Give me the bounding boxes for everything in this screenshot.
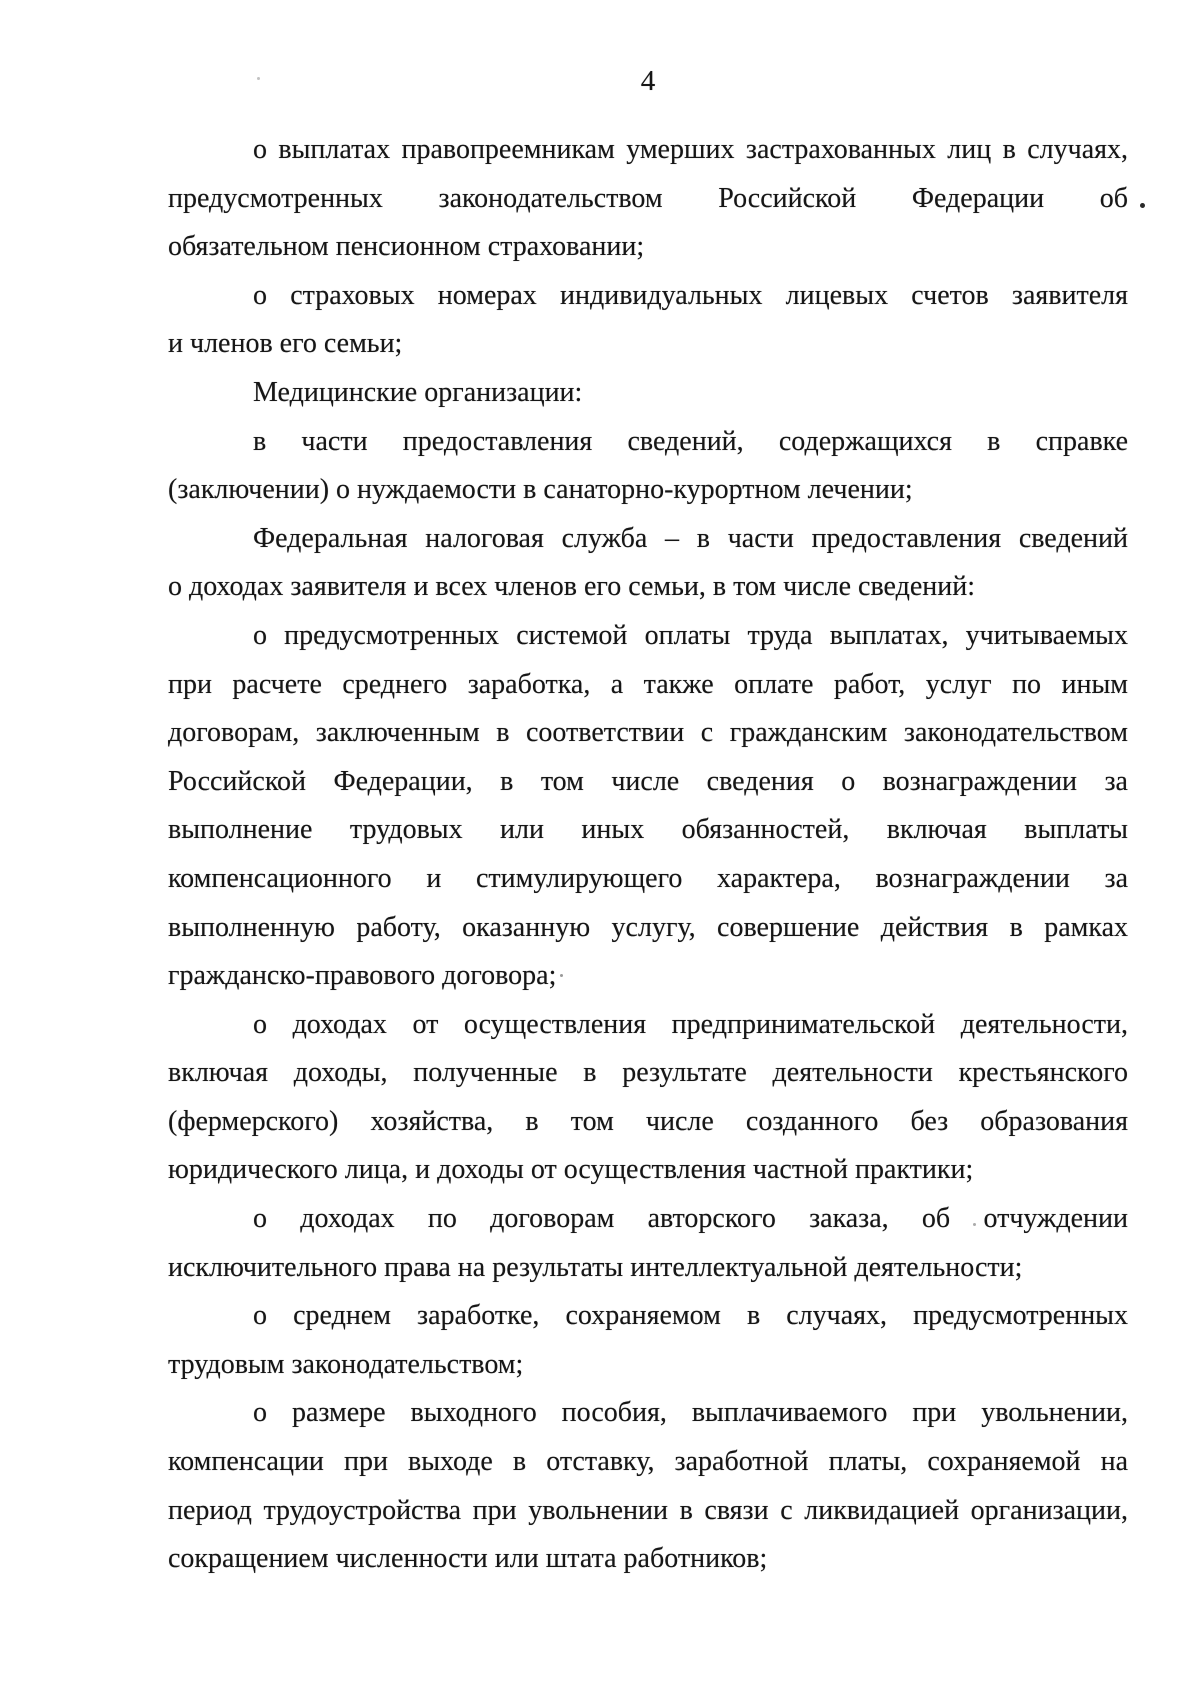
- paragraph: о доходах от осуществления предпринимате…: [168, 1001, 1128, 1195]
- text-line: компенсации при выходе в отставку, зараб…: [168, 1438, 1128, 1487]
- text-line: исключительного права на результаты инте…: [168, 1244, 1128, 1293]
- page-number: 4: [168, 64, 1128, 98]
- text-line: в части предоставления сведений, содержа…: [168, 418, 1128, 467]
- paragraph: о выплатах правопреемникам умерших застр…: [168, 126, 1128, 272]
- text-line: (фермерского) хозяйства, в том числе соз…: [168, 1098, 1128, 1147]
- text-line: (заключении) о нуждаемости в санаторно-к…: [168, 466, 1128, 515]
- paragraph: Медицинские организации:: [168, 369, 1128, 418]
- document-body: о выплатах правопреемникам умерших застр…: [168, 126, 1128, 1584]
- text-line: трудовым законодательством;: [168, 1341, 1128, 1390]
- text-line: при расчете среднего заработка, а также …: [168, 661, 1128, 710]
- paragraph: о среднем заработке, сохраняемом в случа…: [168, 1292, 1128, 1389]
- text-line: Российской Федерации, в том числе сведен…: [168, 758, 1128, 807]
- scan-speck: [1140, 203, 1145, 208]
- text-line: о размере выходного пособия, выплачиваем…: [168, 1389, 1128, 1438]
- scan-speck: [973, 1223, 976, 1226]
- paragraph: о страховых номерах индивидуальных лицев…: [168, 272, 1128, 369]
- paragraph: о доходах по договорам авторского заказа…: [168, 1195, 1128, 1292]
- text-line: юридического лица, и доходы от осуществл…: [168, 1146, 1128, 1195]
- text-line: Федеральная налоговая служба – в части п…: [168, 515, 1128, 564]
- text-line: выполненную работу, оказанную услугу, со…: [168, 904, 1128, 953]
- text-line: о доходах заявителя и всех членов его се…: [168, 563, 1128, 612]
- paragraph: о размере выходного пособия, выплачиваем…: [168, 1389, 1128, 1583]
- scan-speck: [560, 974, 563, 977]
- text-line: договорам, заключенным в соответствии с …: [168, 709, 1128, 758]
- text-line: и членов его семьи;: [168, 320, 1128, 369]
- text-line: Медицинские организации:: [168, 369, 1128, 418]
- text-line: обязательном пенсионном страховании;: [168, 223, 1128, 272]
- text-line: о доходах по договорам авторского заказа…: [168, 1195, 1128, 1244]
- text-line: предусмотренных законодательством Россий…: [168, 175, 1128, 224]
- paragraph: Федеральная налоговая служба – в части п…: [168, 515, 1128, 612]
- text-line: выполнение трудовых или иных обязанносте…: [168, 806, 1128, 855]
- text-line: гражданско-правового договора;: [168, 952, 1128, 1001]
- scan-speck: [257, 77, 260, 80]
- text-line: включая доходы, полученные в результате …: [168, 1049, 1128, 1098]
- paragraph: о предусмотренных системой оплаты труда …: [168, 612, 1128, 1001]
- paragraph: в части предоставления сведений, содержа…: [168, 418, 1128, 515]
- text-line: о страховых номерах индивидуальных лицев…: [168, 272, 1128, 321]
- document-page: 4 о выплатах правопреемникам умерших зас…: [0, 0, 1200, 1697]
- text-line: период трудоустройства при увольнении в …: [168, 1487, 1128, 1536]
- text-line: сокращением численности или штата работн…: [168, 1535, 1128, 1584]
- text-line: о среднем заработке, сохраняемом в случа…: [168, 1292, 1128, 1341]
- text-line: о предусмотренных системой оплаты труда …: [168, 612, 1128, 661]
- text-line: компенсационного и стимулирующего характ…: [168, 855, 1128, 904]
- text-line: о доходах от осуществления предпринимате…: [168, 1001, 1128, 1050]
- text-line: о выплатах правопреемникам умерших застр…: [168, 126, 1128, 175]
